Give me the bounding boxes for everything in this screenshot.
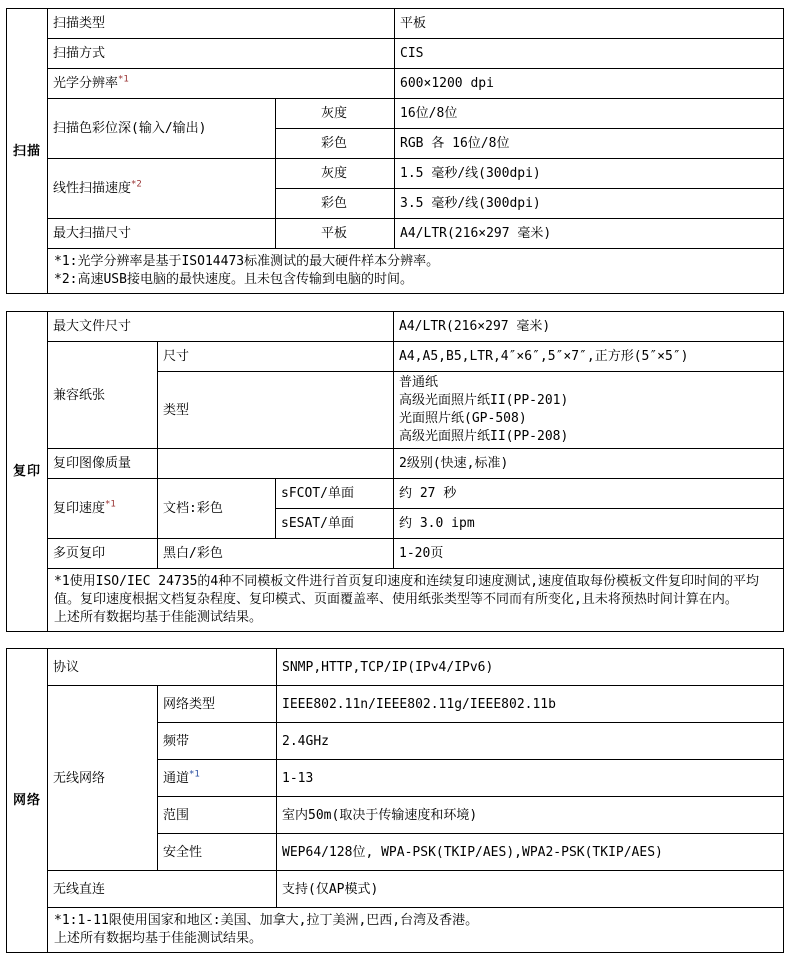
table-row: 线性扫描速度*2 灰度 1.5 毫秒/线(300dpi) — [7, 159, 784, 189]
copy-size-value: A4,A5,B5,LTR,4″×6″,5″×7″,正方形(5″×5″) — [394, 342, 784, 372]
copy-section-label: 复印 — [7, 312, 48, 632]
copy-quality-value: 2级别(快速,标准) — [394, 449, 784, 479]
network-section-label: 网络 — [7, 649, 48, 953]
copy-sesat-value: 约 3.0 ipm — [394, 509, 784, 539]
paper-type-line: 光面照片纸(GP-508) — [399, 410, 779, 428]
scan-section-label: 扫描 — [7, 9, 48, 294]
copy-footnote-1: *1使用ISO/IEC 24735的4种不同模板文件进行首页复印速度和连续复印速… — [54, 573, 777, 609]
network-nettype-value: IEEE802.11n/IEEE802.11g/IEEE802.11b — [277, 686, 784, 723]
scan-depth-gray-label: 灰度 — [276, 99, 395, 129]
copy-speed-label: 复印速度*1 — [48, 479, 158, 539]
scan-footnote-1: *1:光学分辨率是基于ISO14473标准测试的最大硬件样本分辨率。 — [54, 253, 777, 271]
footnote-marker: *1 — [118, 75, 129, 85]
table-gap — [6, 294, 790, 311]
scan-speed-label: 线性扫描速度*2 — [48, 159, 276, 219]
table-row: *1:1-11限使用国家和地区:美国、加拿大,拉丁美洲,巴西,台湾及香港。 上述… — [7, 908, 784, 953]
scan-depth-color-label: 彩色 — [276, 129, 395, 159]
copy-maxdoc-label: 最大文件尺寸 — [48, 312, 394, 342]
scan-type-value: 平板 — [395, 9, 784, 39]
scan-speed-gray-value: 1.5 毫秒/线(300dpi) — [395, 159, 784, 189]
table-row: 光学分辨率*1 600×1200 dpi — [7, 69, 784, 99]
copy-multi-label: 多页复印 — [48, 539, 158, 569]
scan-footnote-2: *2:高速USB接电脑的最快速度。且未包含传输到电脑的时间。 — [54, 271, 777, 289]
label-text: 线性扫描速度 — [53, 181, 131, 196]
copy-sfcot-label: sFCOT/单面 — [276, 479, 394, 509]
table-row: 多页复印 黑白/彩色 1-20页 — [7, 539, 784, 569]
label-text: 通道 — [163, 771, 189, 786]
spec-sheet: 扫描 扫描类型 平板 扫描方式 CIS 光学分辨率*1 600×1200 dpi… — [0, 0, 790, 953]
table-row: *1:光学分辨率是基于ISO14473标准测试的最大硬件样本分辨率。 *2:高速… — [7, 249, 784, 294]
network-footnotes: *1:1-11限使用国家和地区:美国、加拿大,拉丁美洲,巴西,台湾及香港。 上述… — [48, 908, 784, 953]
copy-paper-label: 兼容纸张 — [48, 342, 158, 449]
scan-speed-color-value: 3.5 毫秒/线(300dpi) — [395, 189, 784, 219]
network-wifi-label: 无线网络 — [48, 686, 158, 871]
copy-type-label: 类型 — [158, 372, 394, 449]
network-security-label: 安全性 — [158, 834, 277, 871]
table-row: 复印图像质量 2级别(快速,标准) — [7, 449, 784, 479]
scan-speed-color-label: 彩色 — [276, 189, 395, 219]
network-band-label: 频带 — [158, 723, 277, 760]
footnote-marker: *2 — [131, 180, 142, 190]
copy-sesat-label: sESAT/单面 — [276, 509, 394, 539]
paper-type-line: 高级光面照片纸II(PP-208) — [399, 428, 779, 446]
table-row: 网络 协议 SNMP,HTTP,TCP/IP(IPv4/IPv6) — [7, 649, 784, 686]
scan-speed-gray-label: 灰度 — [276, 159, 395, 189]
copy-speed-doc-label: 文档:彩色 — [158, 479, 276, 539]
scan-maxsize-label: 最大扫描尺寸 — [48, 219, 276, 249]
scan-depth-label: 扫描色彩位深(输入/输出) — [48, 99, 276, 159]
footnote-marker: *1 — [189, 769, 200, 779]
table-row: 兼容纸张 尺寸 A4,A5,B5,LTR,4″×6″,5″×7″,正方形(5″×… — [7, 342, 784, 372]
table-row: 最大扫描尺寸 平板 A4/LTR(216×297 毫米) — [7, 219, 784, 249]
scan-method-value: CIS — [395, 39, 784, 69]
copy-spec-table: 复印 最大文件尺寸 A4/LTR(216×297 毫米) 兼容纸张 尺寸 A4,… — [6, 311, 784, 632]
copy-quality-empty-cell — [158, 449, 394, 479]
network-channel-label: 通道*1 — [158, 760, 277, 797]
table-row: 复印速度*1 文档:彩色 sFCOT/单面 约 27 秒 — [7, 479, 784, 509]
scan-depth-color-value: RGB 各 16位/8位 — [395, 129, 784, 159]
network-range-value: 室内50m(取决于传输速度和环境) — [277, 797, 784, 834]
copy-footnote-2: 上述所有数据均基于佳能测试结果。 — [54, 609, 777, 627]
scan-type-label: 扫描类型 — [48, 9, 395, 39]
scan-method-label: 扫描方式 — [48, 39, 395, 69]
scan-footnotes: *1:光学分辨率是基于ISO14473标准测试的最大硬件样本分辨率。 *2:高速… — [48, 249, 784, 294]
network-protocol-label: 协议 — [48, 649, 277, 686]
table-row: 无线网络 网络类型 IEEE802.11n/IEEE802.11g/IEEE80… — [7, 686, 784, 723]
scan-depth-gray-value: 16位/8位 — [395, 99, 784, 129]
copy-sfcot-value: 约 27 秒 — [394, 479, 784, 509]
table-row: 复印 最大文件尺寸 A4/LTR(216×297 毫米) — [7, 312, 784, 342]
label-text: 光学分辨率 — [53, 76, 118, 91]
scan-maxsize-sub: 平板 — [276, 219, 395, 249]
paper-type-line: 普通纸 — [399, 374, 779, 392]
network-nettype-label: 网络类型 — [158, 686, 277, 723]
table-row: 扫描方式 CIS — [7, 39, 784, 69]
network-channel-value: 1-13 — [277, 760, 784, 797]
copy-multi-value: 1-20页 — [394, 539, 784, 569]
network-band-value: 2.4GHz — [277, 723, 784, 760]
copy-maxdoc-value: A4/LTR(216×297 毫米) — [394, 312, 784, 342]
network-range-label: 范围 — [158, 797, 277, 834]
table-row: 扫描 扫描类型 平板 — [7, 9, 784, 39]
copy-type-value: 普通纸 高级光面照片纸II(PP-201) 光面照片纸(GP-508) 高级光面… — [394, 372, 784, 449]
network-direct-value: 支持(仅AP模式) — [277, 871, 784, 908]
copy-footnotes: *1使用ISO/IEC 24735的4种不同模板文件进行首页复印速度和连续复印速… — [48, 569, 784, 632]
scan-spec-table: 扫描 扫描类型 平板 扫描方式 CIS 光学分辨率*1 600×1200 dpi… — [6, 8, 784, 294]
scan-maxsize-value: A4/LTR(216×297 毫米) — [395, 219, 784, 249]
copy-multi-sub: 黑白/彩色 — [158, 539, 394, 569]
scan-resolution-label: 光学分辨率*1 — [48, 69, 395, 99]
label-text: 复印速度 — [53, 501, 105, 516]
table-row: *1使用ISO/IEC 24735的4种不同模板文件进行首页复印速度和连续复印速… — [7, 569, 784, 632]
network-spec-table: 网络 协议 SNMP,HTTP,TCP/IP(IPv4/IPv6) 无线网络 网… — [6, 648, 784, 953]
copy-size-label: 尺寸 — [158, 342, 394, 372]
table-row: 无线直连 支持(仅AP模式) — [7, 871, 784, 908]
network-direct-label: 无线直连 — [48, 871, 277, 908]
copy-quality-label: 复印图像质量 — [48, 449, 158, 479]
table-row: 扫描色彩位深(输入/输出) 灰度 16位/8位 — [7, 99, 784, 129]
footnote-marker: *1 — [105, 500, 116, 510]
network-protocol-value: SNMP,HTTP,TCP/IP(IPv4/IPv6) — [277, 649, 784, 686]
table-gap — [6, 632, 790, 648]
scan-resolution-value: 600×1200 dpi — [395, 69, 784, 99]
paper-type-line: 高级光面照片纸II(PP-201) — [399, 392, 779, 410]
network-footnote-2: 上述所有数据均基于佳能测试结果。 — [54, 930, 777, 948]
network-footnote-1: *1:1-11限使用国家和地区:美国、加拿大,拉丁美洲,巴西,台湾及香港。 — [54, 912, 777, 930]
network-security-value: WEP64/128位, WPA-PSK(TKIP/AES),WPA2-PSK(T… — [277, 834, 784, 871]
